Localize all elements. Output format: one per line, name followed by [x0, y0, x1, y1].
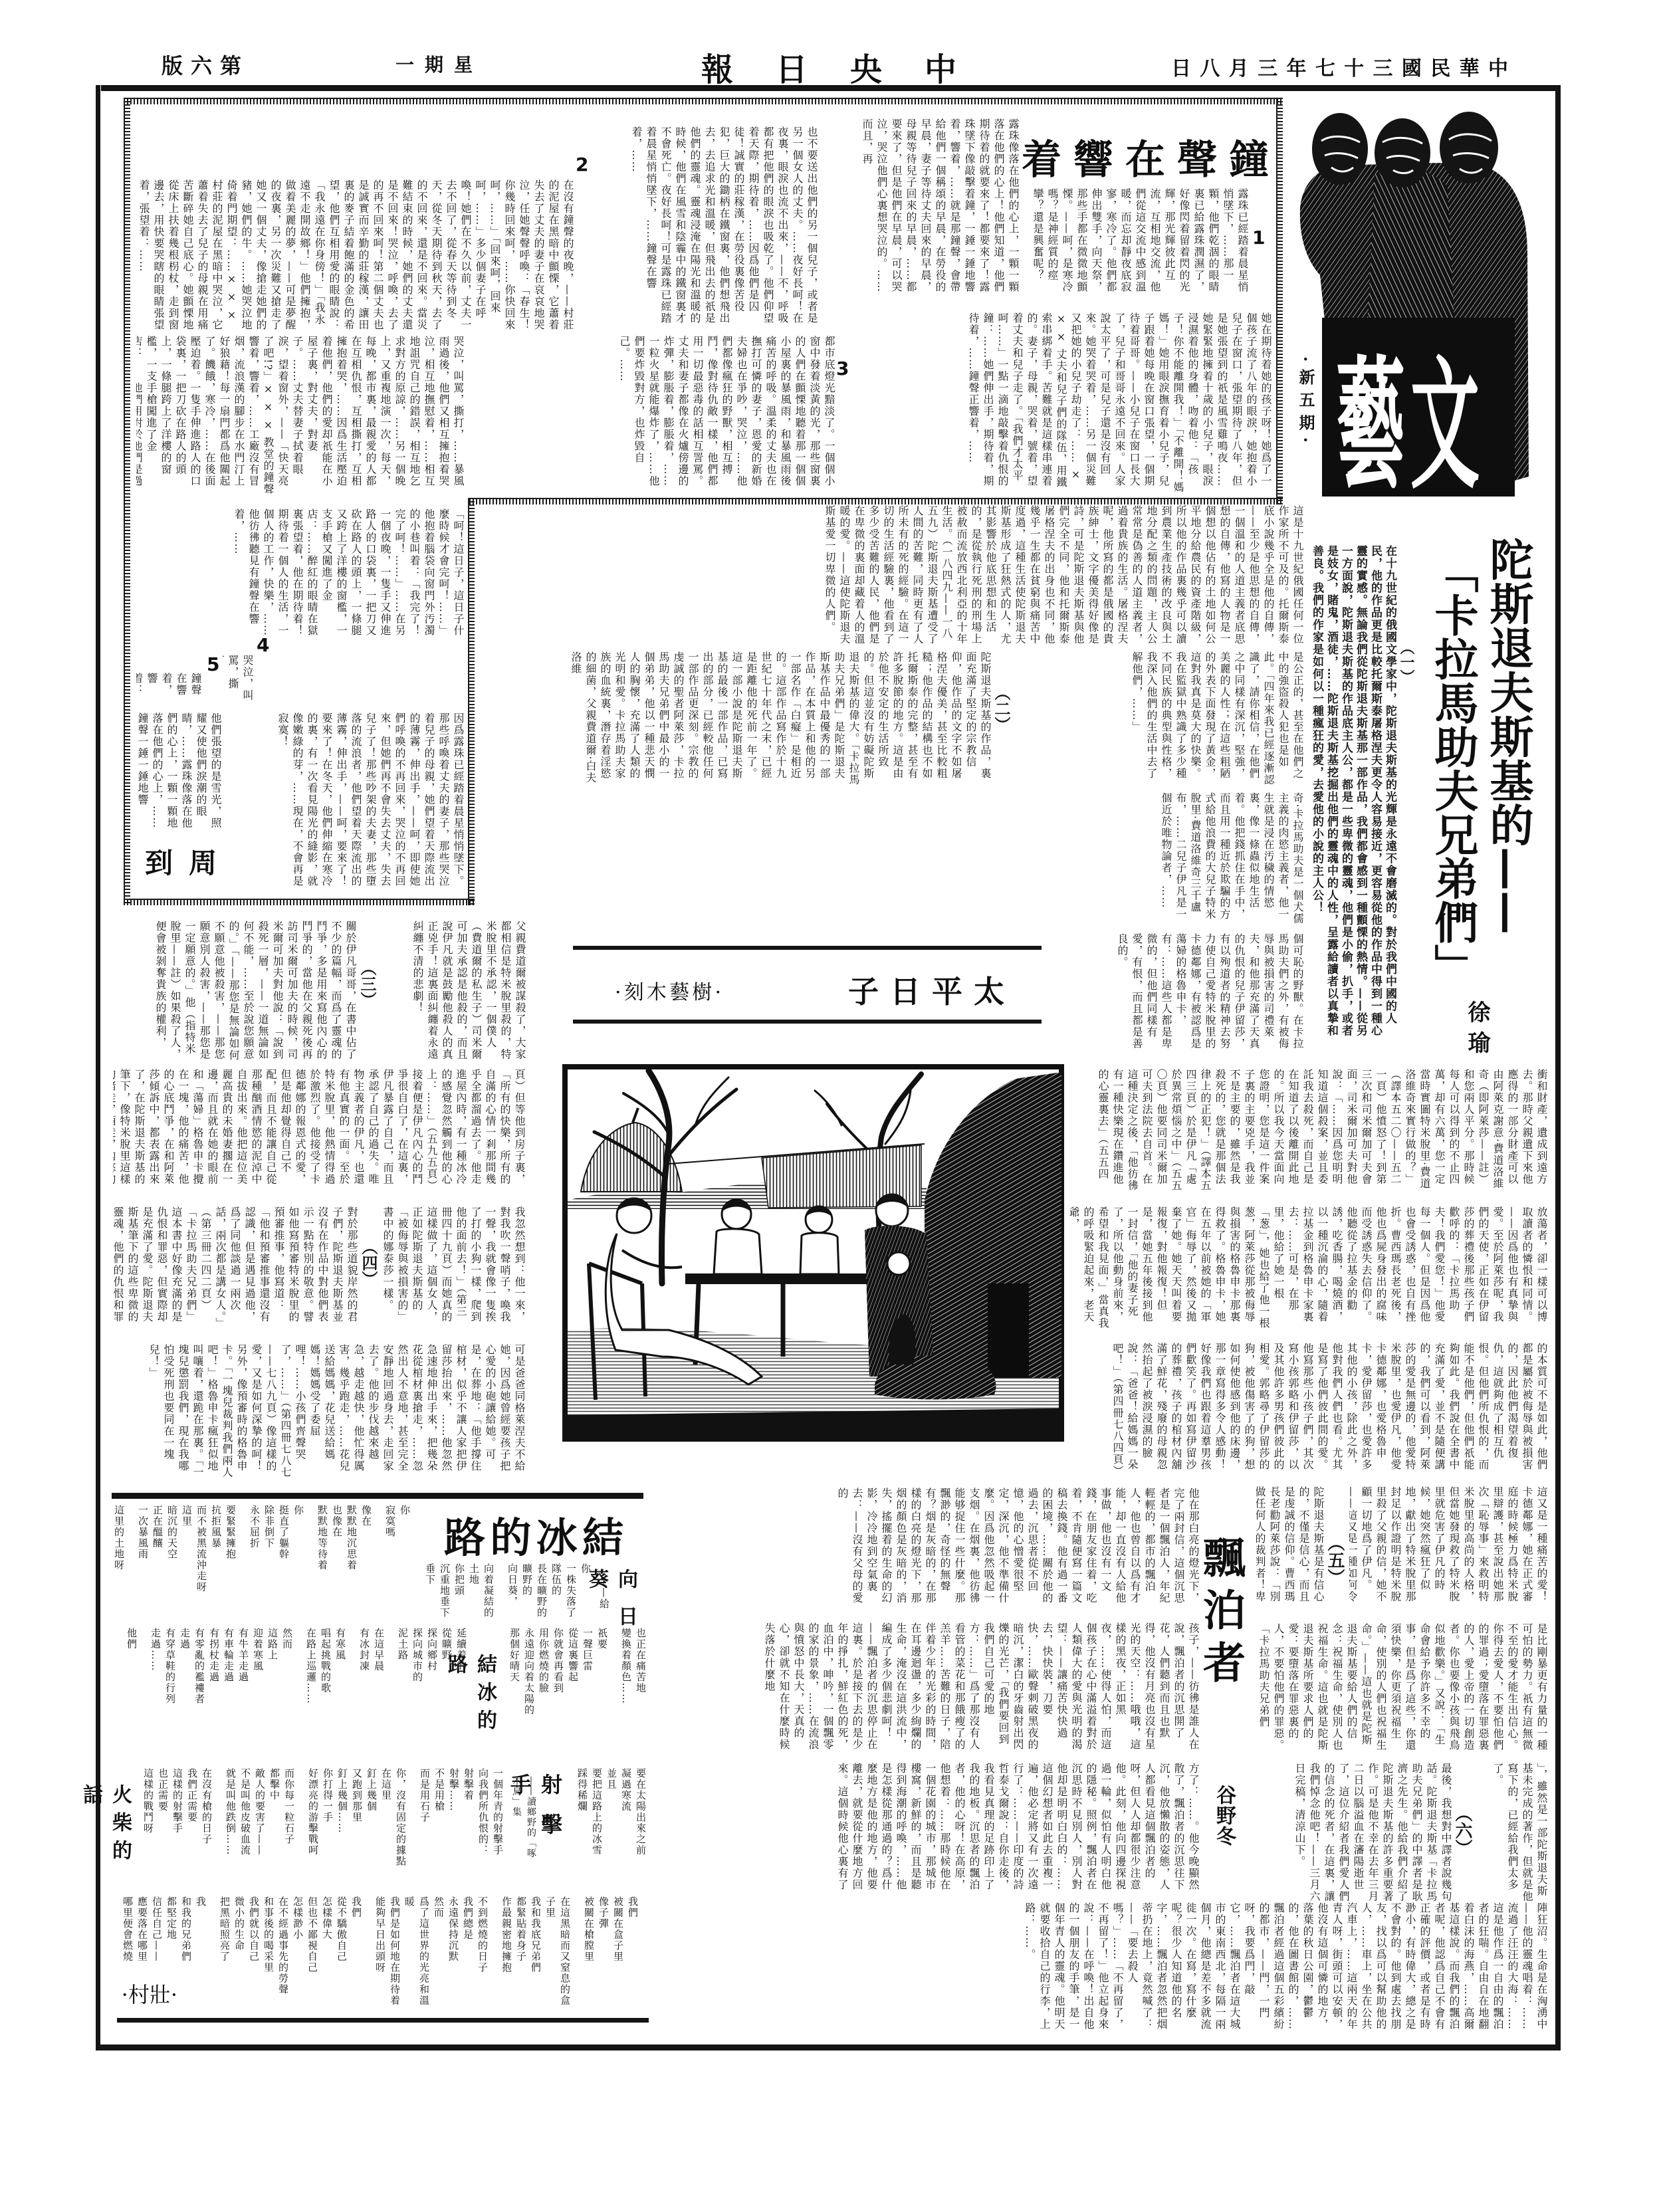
bell-text-block: 在沒有鐘聲的夜晚，——村莊的泥屋在黑暗中顫慄，它蕭着失去了丈夫的妻子在哀哀地哭泣… — [136, 179, 575, 331]
poem-line: 然而 — [280, 1628, 294, 1734]
poem-line: 有穿草鞋的行列 — [163, 1628, 177, 1734]
article-text-block: 對於那些道貌岸然的君子們，陀斯退夫斯基並沒有在作品中對他們表示一點特別的敬意。譬… — [113, 1206, 359, 1326]
poem-line — [386, 1628, 395, 1734]
poem-line: 爲了這世界的光亮和溫暖 — [402, 1896, 431, 2011]
section-number-5: 5 — [207, 655, 219, 675]
poem-line: 敵人的要害了—— — [253, 1768, 267, 1878]
poem-line: 釘上幾個…… — [335, 1768, 350, 1878]
poem-line: 被關在槍膛里 — [582, 1896, 596, 2011]
poem-line: 在不經過事先的勞聲 — [276, 1896, 290, 2011]
article-text-block: 是比剛暴更有力量的一種可怕的勢力。祇有這無微不至的愛才能生出信心。你得去愛人，不… — [1256, 1623, 1549, 1756]
poem-line: 而你每一粒石子 — [282, 1768, 296, 1878]
bell-text-block: 哭泣，叫罵，撕打：…… — [223, 655, 255, 707]
poem-line: 迎着寒風 — [251, 1628, 265, 1734]
bell-story-byline: 周到 — [145, 841, 217, 881]
poem-line: 這里 — [179, 1505, 194, 1601]
poem-line: 走過 — [177, 1628, 192, 1734]
poem-title-sunflower: 向日葵 — [617, 1569, 640, 1626]
poem-line: 你就會再看到 — [551, 1628, 566, 1734]
poem-line: 向日葵， — [505, 1563, 520, 1622]
poem-shooter-subtitle: ——讀鄉野的「啄木鳥」集 — [509, 1776, 538, 1876]
poem-line: 有車輪走過 — [221, 1628, 236, 1734]
poem-line: 被關在盒子里 — [611, 1896, 625, 2011]
poem-line: 不是用槍 — [432, 1768, 447, 1878]
woodcut-title-rule-bottom — [573, 1020, 1042, 1024]
poem-line: 但也不鄙視自己 — [305, 1896, 320, 2011]
bell-text-block: 鐘聲在響着，響着：…… — [136, 673, 203, 707]
poem-line: 土地 — [467, 1563, 481, 1622]
box-border-left — [124, 98, 130, 905]
article-text-block: 頁）但等他到房子裏，「所有的快樂，所有的自滿的心情一剎那間幾乎全都溜過去了。他走… — [113, 1069, 526, 1195]
poem-line: 延續着的 — [454, 1628, 469, 1734]
poem-shooter: 一個年青的射擊手向我們所仇恨的：射擊着射擊……不是用槍而是用石子你，沒有固定的據… — [139, 1768, 505, 1878]
poem-line: 而不被黑流沖走呀 — [194, 1505, 209, 1601]
poem-line: 我 — [193, 1896, 208, 2011]
poem-line: 變換着顏色…… — [619, 1628, 633, 1734]
wanderer-byline: 谷野冬 — [1216, 1785, 1238, 1846]
bell-text-block: 都市底燈光黯淡了。一個個小窗中發着淡黃的光，那些窗裏的人們在顫慄地聽着那一個個小… — [480, 336, 836, 497]
poem-line: 你 — [397, 1505, 412, 1601]
poem-line: 除非倒下 — [262, 1505, 276, 1601]
poem-line: 那個好晴天 — [507, 1628, 522, 1734]
article-text-block: 可是爸爸同格萊涅夫不給她，因爲她曾經要孩子把心愛的小砲讓給她。可是，在葬地：「他… — [113, 1344, 526, 1480]
bell-story-title: 鐘聲在響着 — [1022, 128, 1269, 185]
poem-frozen-road-part-a: 延續着的從曠野探向鄉村探向城市的泥土路在這早晨有冰封凍有寒風唱起挑戰的歌在路上巡… — [106, 1628, 469, 1734]
newspaper-name: 中央日報 — [701, 44, 956, 90]
poem-line: 從這裏響起 — [566, 1628, 580, 1734]
poem-line: 都緊貼着身子 — [514, 1896, 528, 2011]
article-byline: 徐瑜 — [1467, 1000, 1493, 1053]
poem-line: 微小的生命 — [232, 1896, 247, 2011]
poem-line: 我們正需要 — [185, 1768, 199, 1878]
poem-subtitle-line: ——讀鄉野的「啄 — [524, 1776, 538, 1876]
poem-line — [208, 1896, 217, 2011]
article-intro: 在十九世紀的俄國文學家中，陀斯退夫斯基的光輝是永遠不會磨滅的。對於我們中國的人民… — [1308, 545, 1397, 1037]
poem-line: 曠野的 — [520, 1563, 534, 1622]
poem-line — [374, 1505, 383, 1601]
poem-sunflower-part-b: 你寂寞嗎像在默默地沉思着也像在默默地等待着你挺直了軀幹除非倒下永不屈折要緊緊擁抱… — [110, 1505, 412, 1601]
poem-line: 在路上巡邏…… — [304, 1628, 318, 1734]
poem-line: 向着凝結的 — [481, 1563, 496, 1622]
poem-line: 你 — [291, 1505, 306, 1601]
poem-line: 並且 — [604, 1768, 619, 1874]
poem-sunflower-part-c: 也正在痛苦地變換着顏色……祇要一聲巨雷從這裏響起你就會再看到用你燃燒的臉永遠迎向… — [502, 1628, 648, 1734]
poem-line: 有牛羊走過 — [236, 1628, 251, 1734]
poem-line: 默默地沉思着 — [344, 1505, 359, 1601]
poem-line: 你，沒有固定的據點 — [393, 1768, 408, 1878]
page-border-right — [1555, 85, 1561, 2050]
poem-line: 就是叫他跌倒…… — [223, 1768, 238, 1878]
box-border-inner — [468, 498, 475, 905]
article-text-block: 最後，我想對中譯者說幾句話。陀斯退夫斯基「卡拉馬助夫兄弟們」的中譯者是耿濟之先生… — [1256, 1763, 1453, 1908]
poem-line: 不到燃燒的日子 — [475, 1896, 490, 2011]
poem-line: 用你燃燒的臉 — [536, 1628, 551, 1734]
page-border-left — [96, 85, 100, 2050]
poem-line: 唱起挑戰的歌 — [318, 1628, 333, 1734]
article-text-block: 這是十九世紀俄國任何一位作家所不可及的。托爾斯泰底小說幾乎全是他的自傳，——至少… — [482, 505, 1305, 645]
bell-text-block: 也不要送出他們的另一個兒子，或者是另一個女人的丈夫。……夜好長呵！在夜裏，眼淚也… — [595, 126, 819, 331]
issue-date: 中華民國三十七年三月八日 — [1171, 52, 1508, 81]
poem-line: 射擊…… — [447, 1768, 461, 1878]
section-label-six: （六） — [1455, 1803, 1475, 1858]
bell-text-block: 因爲露珠已經踏着晨星悄悄墜下。那些呼喚着丈夫的妻子，那些哭泣着兒子的母親，她們望… — [226, 713, 465, 893]
poem-line: 要把這路上的冰雪 — [590, 1768, 604, 1874]
poem-line: 和我的兄弟們 — [179, 1896, 193, 2011]
poems-column-title: 結冰的路 — [444, 1505, 623, 1564]
box-border-bottom — [124, 899, 475, 905]
poem-line: 也正需要 — [156, 1768, 170, 1878]
poem-line — [408, 1768, 417, 1878]
poem-line: 在這早晨 — [372, 1628, 386, 1734]
poem-line: 探向城市的 — [410, 1628, 425, 1734]
poem-line: 怎樣偉大 — [320, 1896, 334, 2011]
article-text-block: 奇·卡拉馬助夫是一個犬儒主義的肉慾主義者，他一生就是浸在汚穢的情慾裏，像一條蟲似… — [482, 792, 1305, 928]
poem-line — [294, 1628, 304, 1734]
poem-line: 暗沉的天空 — [165, 1505, 179, 1601]
poem-sunflower-part-a: 你一株失落了隊伍的長在曠野的曠野的向日葵，向着凝結的土地你把頭沉重地垂下垂下 — [419, 1563, 593, 1622]
bell-text-block: 她在期待着她的孩子呀！她爲了一個孩子流了八年的眼淚，她抱着小兒子在窗口，張望期待… — [857, 312, 1273, 496]
poem-line: 有拐杖走過 — [207, 1628, 221, 1734]
wanderer-text-block: 他在那白亮的燈光下，完了兩封信，這個沉思者是一個飄泊人，年紀輕輕的，都市的飄泊人… — [650, 1488, 1200, 1608]
bell-text-block: 他們張望的是雪光，照耀又使他們淚潮的眼睛，……露珠像落在他們的心上，一顆一顆地落… — [136, 713, 223, 839]
poems-top-rule — [112, 1493, 643, 1499]
poem-line: 一個年青的射擊手 — [491, 1768, 505, 1878]
poem-title-frozen-road: 結冰的路 — [477, 1654, 499, 1729]
poem-line: 釘上幾個 — [364, 1768, 379, 1878]
article-text-block: 這又是一種痛苦的愛！卡德鄰娜，她在正式審庭的時候極力爲特米脫里辯護，甚至說出她那… — [1349, 1486, 1549, 1612]
bottom-rule — [96, 2045, 1561, 2050]
poem-line: 和事後的喝采里 — [261, 1896, 276, 2011]
poem-line — [296, 1768, 306, 1878]
section-number-3: 3 — [836, 359, 849, 379]
poem-line — [139, 1628, 148, 1734]
article-text-block: 我忽然想到：他一來，對我吹一聲哨子，喚我一聲，我就會像一隻挨了打的小狗一樣，爬到… — [383, 1206, 526, 1326]
poem-line: 你打得一手 — [320, 1768, 335, 1878]
poem-line: 像在 — [359, 1505, 374, 1601]
article-text-block: 陀斯退夫斯基是有信心的，不僅是信心，而且是虔誠的信仰。曹西瑪長老勸阿萊莎說：「別… — [1256, 1486, 1325, 1612]
woodcut-title-rule-top — [573, 946, 1042, 950]
poem-line: 向我們所仇恨的： — [476, 1768, 491, 1878]
poem-line: 默默地等待着 — [315, 1505, 330, 1601]
poems-byline: ·壯村· — [123, 1978, 177, 2009]
poem-line: 探向鄉村 — [425, 1628, 439, 1734]
poem-line — [214, 1768, 223, 1878]
poem-line — [306, 1505, 315, 1601]
poem-line — [364, 1896, 373, 2011]
poem-line: 我們是如何地在期待着 — [387, 1896, 402, 2011]
article-text-block: 是公正的，甚至在他們之中的強盜殺人犯也是如此。「四年來我已經逐漸認識了，請你相信… — [1017, 651, 1305, 788]
poem-line — [572, 1896, 582, 2011]
poem-line: 也正在痛苦地 — [633, 1628, 648, 1734]
poem-matches: 我們被關在盒子里像子彈被關在槍膛里在這黑暗而又窒息的盒子里我和我底兄弟們都緊貼着… — [110, 1896, 640, 2011]
poem-line: 寂寞嗎 — [383, 1505, 397, 1601]
poem-line: 怎樣渺小 — [290, 1896, 305, 2011]
article-title-line-2: 「卡拉馬助夫兄弟們」 — [1430, 549, 1485, 988]
poem-line: 抗拒風暴 — [209, 1505, 223, 1601]
article-title-line-1: 陀斯退夫斯基的—— — [1491, 537, 1540, 935]
section-label-two: （二） — [994, 685, 1013, 726]
poem-line: 這樣的戰鬥呀 — [141, 1768, 156, 1878]
section-label-one: （一） — [1398, 637, 1417, 687]
section-number-2: 2 — [576, 155, 588, 175]
woodcut-peaceful-days-illustration — [562, 1064, 1064, 1442]
poem-line: 長在曠野的 — [534, 1563, 549, 1622]
poem-line: 都擊中 — [267, 1768, 282, 1878]
poem-line: 挺直了軀幹 — [276, 1505, 291, 1601]
poem-line: 我們 — [349, 1896, 364, 2011]
article-text-block: 放蕩者，卻一樣可以博取讀者的憐恨和同情。——因爲他也有真摯與愛。至於阿萊莎呢，我… — [1069, 1206, 1549, 1334]
poem-line: 走過…… — [148, 1628, 163, 1734]
poem-line: 永不屈折 — [247, 1505, 262, 1601]
poem-line: 這里的土地呀 — [112, 1505, 126, 1601]
poem-line — [496, 1563, 505, 1622]
poem-line: 永遠迎向着太陽的 — [522, 1628, 536, 1734]
poem-line: 不是叫他皮破血流 — [238, 1768, 253, 1878]
poem-line: 在這里 — [379, 1768, 393, 1878]
box-border-top — [124, 98, 1283, 104]
poem-line: 我們 — [625, 1896, 640, 2011]
poem-line: 永遠保持沉默 — [446, 1896, 461, 2011]
poem-line: 他們 — [124, 1628, 139, 1734]
poem-line: 正在醞釀 — [150, 1505, 165, 1601]
poem-line: 一聲巨雷 — [580, 1628, 595, 1734]
poem-line: 你把頭 — [452, 1563, 467, 1622]
poem-line: 然而 — [431, 1896, 446, 2011]
poem-line — [348, 1628, 357, 1734]
poem-line — [238, 1505, 247, 1601]
poem-line: 這樣的射擊手 — [170, 1768, 185, 1878]
poem-line — [126, 1505, 136, 1601]
poem-line: 一次暴風雨 — [136, 1505, 150, 1601]
box-border-middle — [469, 498, 1283, 504]
poem-frozen-road-part-b: 要在太陽出來之前凝過寒流並且要把這路上的冰雪踩得稀爛 — [569, 1768, 648, 1874]
poem-title-matches: 火柴的話 — [112, 1784, 134, 1860]
poem-line: 泥土路 — [395, 1628, 410, 1734]
article-text-block: 父親費道爾被謀殺了，大家都相信是特米脫里殺的，特米脫里不承認，一個僕人（費道爾的… — [382, 921, 527, 1063]
poem-line — [609, 1628, 619, 1734]
poem-line: 隊伍的 — [549, 1563, 564, 1622]
poem-line: 要緊緊擁抱 — [223, 1505, 238, 1601]
poem-subtitle-line: 木鳥」集 — [509, 1776, 524, 1876]
poems-bottom-rule — [117, 2018, 649, 2023]
supplement-name: 文藝 — [1336, 311, 1480, 516]
poem-line: 又跑到那里 — [350, 1768, 364, 1878]
poem-line: 垂下 — [423, 1563, 437, 1622]
poem-line: 好漂亮的游擊戰呵 — [306, 1768, 320, 1878]
article-text-block: 個可恥的野獸。在卡拉馬助夫們之外，有被侮辱與被損害的司禮萊夫，和他那充滿了天真的… — [1045, 933, 1305, 1061]
section-label-five: （五） — [1327, 1534, 1347, 1575]
poem-line: 而是用石子 — [417, 1768, 432, 1878]
poem-line: 沉重地垂下 — [437, 1563, 452, 1622]
section-number-1: 1 — [1252, 228, 1265, 248]
article-text-block: 」，雖然是一部陀斯退夫斯基未完成的著作，但就是他寫下的，已經給我們太多了。 — [1481, 1763, 1549, 1908]
poem-line: 踩得稀爛 — [575, 1768, 590, 1874]
poem-dedication: ——給M — [597, 1577, 611, 1619]
poem-line: 凝過寒流 — [619, 1768, 633, 1874]
woodcut-credit: ·樹藝木刻· — [615, 976, 721, 1005]
weekday-label: 星期一 — [395, 51, 473, 77]
poem-line: 從曠野 — [439, 1628, 454, 1734]
poem-line: 我和我底兄弟們 — [528, 1896, 543, 2011]
bell-text-block: 露珠像落在他們的心上，一顆一顆落在他們的心上！他們知道，他們期待着的就要來了！都… — [823, 118, 1020, 300]
poem-line: 在沒有槍的日子 — [199, 1768, 214, 1878]
edition-label: 第六版 — [162, 49, 241, 80]
bell-text-block: 哭泣，叫罵，撕打，……暴風雨過後，他們又相互擁抱着哭泣，相互地撫慰着，……相互地… — [136, 336, 465, 497]
article-text-block: 衝和財產，遺成到遠方去。那時父親遺下來他應得的一部分財產可以由阿萊克謝意·費道洛… — [1069, 1069, 1549, 1196]
poem-line: 有冰封凍 — [357, 1628, 372, 1734]
poem-line: 一株失落了 — [564, 1563, 578, 1622]
top-rule — [101, 85, 1561, 91]
wanderer-text-block: 方了：……。他今晚顯然散了，飄泊者的沉思往下沉，他放懶散的姿態，人人都看見這個飄… — [650, 1763, 1200, 1896]
article-text-block: 陀斯退夫斯基的作品，裏面充滿了堅定的宗教信仰，他作品的文字不如屠格涅夫優美，甚至… — [482, 651, 992, 788]
bell-text-block: 「呵！這日子，這日子什麼時候才會完呵！……」他抱着腦袋向窗門外汚濁的小巷叫着：「… — [136, 508, 465, 641]
poem-line — [490, 1896, 499, 2011]
poem-line: 把黑暗照亮了 — [217, 1896, 232, 2011]
supplement-issue-number: ·新五期· — [1297, 356, 1317, 443]
poem-line: 射擊着 — [461, 1768, 476, 1878]
poem-line: 要在太陽出來之前 — [633, 1768, 648, 1874]
section-label-four: （四） — [362, 1236, 380, 1289]
poem-line: 我們就以自己 — [247, 1896, 261, 2011]
wanderer-text-block: 孩子，——彷彿是誰人在說，飄泊者的沉思開了花，人們聽到而且也默得，他沒有月亮也沒… — [650, 1622, 1200, 1752]
article-text-block: 的本質可不是如此，他們都是屬於被侮辱與被損害的，因此他們渴望着復仇，這就夠成了相… — [1069, 1343, 1549, 1474]
poem-line: 像子彈 — [596, 1896, 611, 2011]
poem-line: 我們總是 — [461, 1896, 475, 2011]
poem-line: 從不驕傲自己 — [334, 1896, 349, 2011]
wanderer-title: 飄泊者 — [1204, 1535, 1251, 1683]
poem-line: 也像在 — [330, 1505, 344, 1601]
wanderer-text-block: 陣狂沼。生命是在洶湧中——他的靈魂唱着：……流過了汪汪的大海：……這是他作爲一自… — [650, 1902, 1549, 2039]
poem-title-shooter: 射擊手 — [543, 1773, 566, 1834]
poem-line: 有零亂的襤褸者 — [192, 1628, 207, 1734]
bell-text-block: 露珠已經踏着晨星悄悄墜下，……那一顆，他們乾涸的眼睛裏已給露珠潤濕了，好像閃着留… — [1029, 188, 1250, 300]
poem-line: 作最親密地擁抱 — [499, 1896, 514, 2011]
poem-line: 這路上 — [265, 1628, 280, 1734]
poem-line: 有寒風 — [333, 1628, 348, 1734]
box-border-right — [1276, 98, 1283, 504]
section-label-three: （三） — [360, 957, 379, 1010]
poem-line: 祇要 — [595, 1628, 609, 1734]
article-text-block: 關於伊凡哥哥，在書中佔了不少的篇幅，而爲了靈魂的鬥爭，多是用來寫他內心的鬥爭的，… — [113, 921, 358, 1063]
poem-line: 在這黑暗而又窒息的盒子里 — [543, 1896, 572, 2011]
poem-line: 你 — [578, 1563, 593, 1622]
woodcut-title: 太平日子 — [848, 968, 1004, 1012]
poem-line: 能夠早日出頭呀 — [373, 1896, 387, 2011]
